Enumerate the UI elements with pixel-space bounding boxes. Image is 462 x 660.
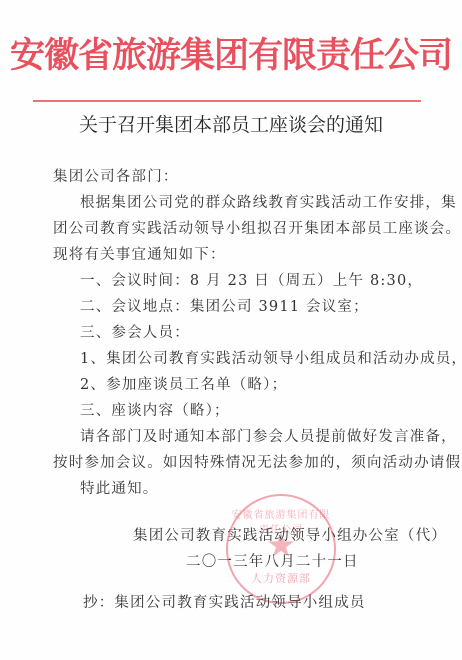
- body-line: 根据集团公司党的群众路线教育实践活动工作安排，集: [80, 194, 457, 212]
- notice-title: 关于召开集团本部员工座谈会的通知: [0, 113, 462, 137]
- sub-item-attendees-2: 2、参加座谈员工名单（略）；: [80, 376, 287, 394]
- closing-line: 特此通知。: [80, 480, 159, 498]
- cc-line: 抄：集团公司教育实践活动领导小组成员: [83, 594, 366, 612]
- body-line: 团公司教育实践活动领导小组拟召开集团本部员工座谈会。: [53, 220, 461, 238]
- item-discussion-content: 三、座谈内容（略）；: [80, 402, 230, 420]
- salutation: 集团公司各部门：: [53, 168, 179, 186]
- closing-line: 按时参加会议。如因特殊情况无法参加的，须向活动办请假。: [53, 454, 462, 472]
- item-meeting-location: 二、会议地点：集团公司 3911 会议室；: [80, 298, 369, 316]
- signature-issuer: 集团公司教育实践活动领导小组办公室（代）: [133, 527, 447, 545]
- letterhead-red-rule: [33, 100, 421, 102]
- official-seal-stamp: 安徽省旅游集团有限责任公司 ★ 人力资源部: [226, 494, 336, 604]
- letterhead-organization-name: 安徽省旅游集团有限责任公司: [0, 36, 462, 76]
- stamp-department-text: 人力资源部: [228, 570, 334, 586]
- closing-line: 请各部门及时通知本部门参会人员提前做好发言准备，: [80, 428, 457, 446]
- body-line: 现将有关事宜通知如下：: [53, 246, 226, 264]
- item-meeting-time: 一、会议时间：8 月 23 日（周五）上午 8:30，: [80, 272, 423, 290]
- item-attendees-heading: 三、参会人员：: [80, 324, 190, 342]
- signature-date: 二〇一三年八月二十一日: [186, 553, 359, 571]
- sub-item-attendees-1: 1、集团公司教育实践活动领导小组成员和活动办成员，: [80, 350, 462, 368]
- document-page: 安徽省旅游集团有限责任公司 关于召开集团本部员工座谈会的通知 集团公司各部门： …: [0, 0, 462, 660]
